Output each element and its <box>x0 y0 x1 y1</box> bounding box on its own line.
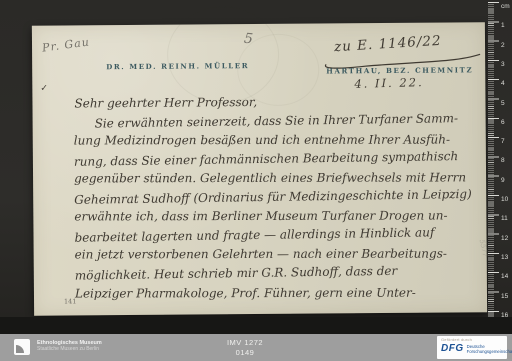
pencil-margin-number: 141 <box>64 297 76 305</box>
ruler-cm-ticks <box>488 2 499 330</box>
ruler-label: 5 <box>501 100 512 107</box>
ruler-label: 14 <box>501 273 512 280</box>
salutation-line: Sehr geehrter Herr Professor, <box>74 95 257 110</box>
ruler-label: 1 <box>501 22 512 29</box>
museum-logo <box>14 339 30 355</box>
ruler-label: 6 <box>501 119 512 126</box>
ruler-label: 13 <box>501 254 512 261</box>
ruler-label: 2 <box>501 42 512 49</box>
body-line: Leipziger Pharmakologe, Prof. Fühner, ge… <box>75 286 416 301</box>
shelfmark-id: IMV 1272 <box>203 338 287 348</box>
body-line: ein jetzt verstorbenen Gelehrten — nach … <box>75 247 447 262</box>
body-line: erwähnte ich, dass im Berliner Museum Tu… <box>74 209 447 224</box>
ruler-label: 12 <box>501 235 512 242</box>
pencil-page-number: 5 <box>243 31 253 48</box>
dfg-logo: Gefördert durch DFG Deutsche Forschungsg… <box>437 336 507 359</box>
letterhead-sender-name: DR. MED. REINH. MÜLLER <box>106 61 249 71</box>
ink-check-mark: ✓ <box>40 84 48 94</box>
ruler-label: 10 <box>501 196 512 203</box>
letterhead-sender-place: HARTHAU, BEZ. CHEMNITZ <box>326 65 473 75</box>
institution-block: Ethnologisches Museum Staatliche Museen … <box>37 340 102 352</box>
dfg-logo-row: DFG Deutsche Forschungsgemeinschaft <box>441 343 507 354</box>
ruler-label: 8 <box>501 157 512 164</box>
pencil-corner-annotation: Pr. Gau <box>41 35 90 54</box>
ruler-label: 11 <box>501 215 512 222</box>
dfg-name-line2: Forschungsgemeinschaft <box>467 349 512 354</box>
handwritten-date: 4. II. 22. <box>354 75 424 91</box>
ruler-label: 9 <box>501 177 512 184</box>
ruler-label: 7 <box>501 138 512 145</box>
body-line: möglichkeit. Heut schrieb mir G.R. Sudho… <box>75 264 398 283</box>
ruler-label: 3 <box>501 61 512 68</box>
scanned-letter-view: Pr. Gau 5 zu E. 1146/22 DR. MED. REINH. … <box>0 0 512 361</box>
ruler-label: cm <box>501 3 512 10</box>
shelfmark-page: 0149 <box>203 348 287 358</box>
dfg-full-name: Deutsche Forschungsgemeinschaft <box>467 344 512 354</box>
shelfmark-block: IMV 1272 0149 <box>203 338 287 358</box>
dfg-abbreviation: DFG <box>441 343 464 354</box>
letter-page: Pr. Gau 5 zu E. 1146/22 DR. MED. REINH. … <box>32 22 487 316</box>
ruler-label: 15 <box>501 293 512 300</box>
body-line: Sie erwähnten seinerzeit, dass Sie in Ih… <box>95 111 459 130</box>
body-line: bearbeitet lagerten und fragte — allerdi… <box>74 225 434 244</box>
archive-info-bar: Ethnologisches Museum Staatliche Museen … <box>0 334 512 361</box>
body-line: Geheimrat Sudhoff (Ordinarius für Medizi… <box>74 187 472 207</box>
body-line: rung, dass Sie einer fachmännischen Bear… <box>74 149 458 169</box>
body-line: gegenüber stünden. Gelegentlich eines Br… <box>74 170 466 185</box>
cm-ruler: cm12345678910111213141516 <box>488 0 512 334</box>
dfg-funding-prefix: Gefördert durch <box>441 337 507 342</box>
scan-bottom-gap <box>0 317 512 334</box>
ruler-label: 4 <box>501 80 512 87</box>
museum-logo-notch <box>16 345 24 353</box>
body-line: lung Medizindrogen besäßen und ich entne… <box>74 132 450 147</box>
institution-subtitle: Staatliche Museen zu Berlin <box>37 346 102 352</box>
